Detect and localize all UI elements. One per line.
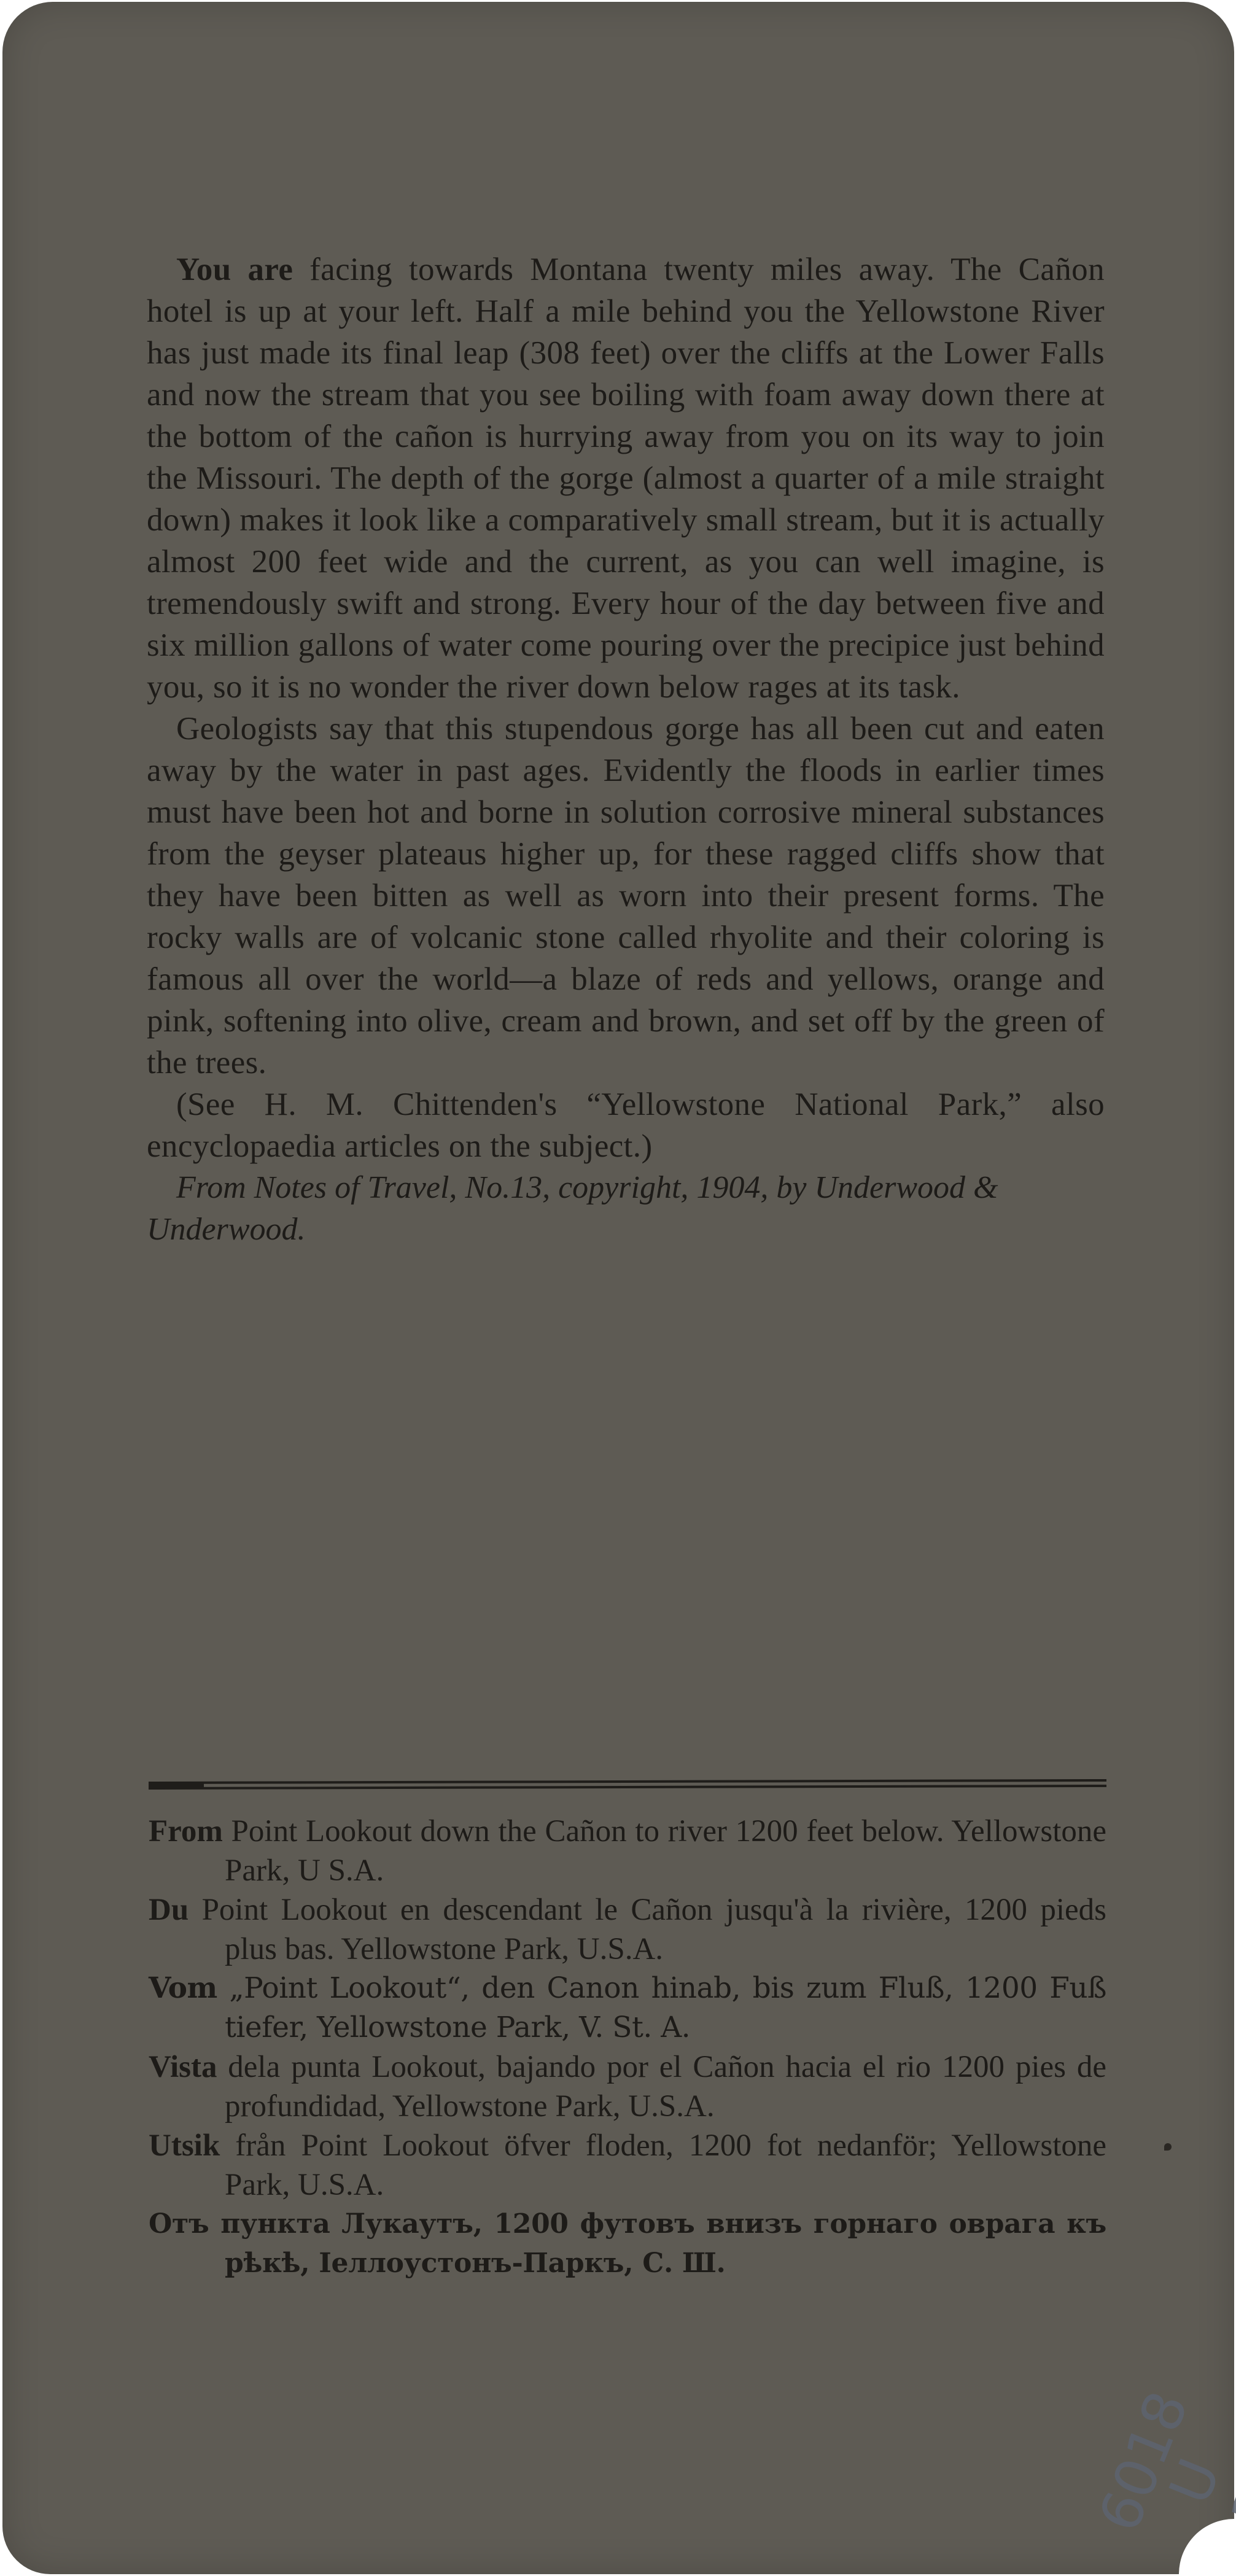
reference-note: (See H. M. Chittenden's “Yellowstone Nat… <box>147 1084 1105 1167</box>
caption-german: Vom „Point Lookout“, den Canon hinab, bi… <box>149 1969 1106 2047</box>
divider-end-cap <box>149 1783 204 1789</box>
caption-text: „Point Lookout“, den Canon hinab, bis zu… <box>217 1971 1106 2044</box>
caption-russian: Отъ пункта Лукаутъ, 1200 футовъ внизъ го… <box>149 2205 1106 2283</box>
caption-lead: Vom <box>149 1971 217 2005</box>
caption-text: dela punta Lookout, bajando por el Cañon… <box>217 2050 1106 2124</box>
description-text: You are facing towards Montana twenty mi… <box>147 249 1105 1251</box>
divider-line-top <box>149 1779 1106 1784</box>
caption-lead: Отъ <box>149 2208 209 2240</box>
caption-lead: Utsik <box>149 2128 220 2163</box>
caption-text: пункта Лукаутъ, 1200 футовъ внизъ горнаг… <box>209 2208 1106 2279</box>
paragraph-body: (See H. M. Chittenden's “Yellowstone Nat… <box>147 1087 1105 1164</box>
copyright-credit: From Notes of Travel, No.13, copyright, … <box>147 1167 1105 1251</box>
paragraph-1: You are facing towards Montana twenty mi… <box>147 249 1105 708</box>
caption-swedish: Utsik från Point Lookout öfver floden, 1… <box>149 2126 1106 2205</box>
caption-text: från Point Lookout öfver floden, 1200 fo… <box>220 2128 1106 2202</box>
paragraph-body: facing towards Montana twenty miles away… <box>147 252 1105 705</box>
multilingual-captions: From Point Lookout down the Cañon to riv… <box>149 1812 1106 2283</box>
caption-text: Point Lookout en descendant le Cañon jus… <box>189 1893 1106 1966</box>
stereoview-card-back: You are facing towards Montana twenty mi… <box>2 2 1234 2574</box>
caption-lead: Du <box>149 1893 189 1927</box>
ink-blot <box>1164 2143 1172 2151</box>
caption-lead: Vista <box>149 2050 217 2084</box>
divider-line-bottom <box>149 1785 1106 1790</box>
caption-spanish: Vista dela punta Lookout, bajando por el… <box>149 2047 1106 2126</box>
caption-french: Du Point Lookout en descendant le Cañon … <box>149 1890 1106 1969</box>
paragraph-lead: You are <box>176 252 293 287</box>
caption-english: From Point Lookout down the Cañon to riv… <box>149 1812 1106 1890</box>
paragraph-body: Geologists say that this stupendous gorg… <box>147 711 1105 1080</box>
caption-lead: From <box>149 1814 223 1849</box>
double-rule-divider <box>149 1780 1106 1789</box>
paragraph-2: Geologists say that this stupendous gorg… <box>147 708 1105 1084</box>
caption-text: Point Lookout down the Cañon to river 12… <box>223 1814 1106 1888</box>
